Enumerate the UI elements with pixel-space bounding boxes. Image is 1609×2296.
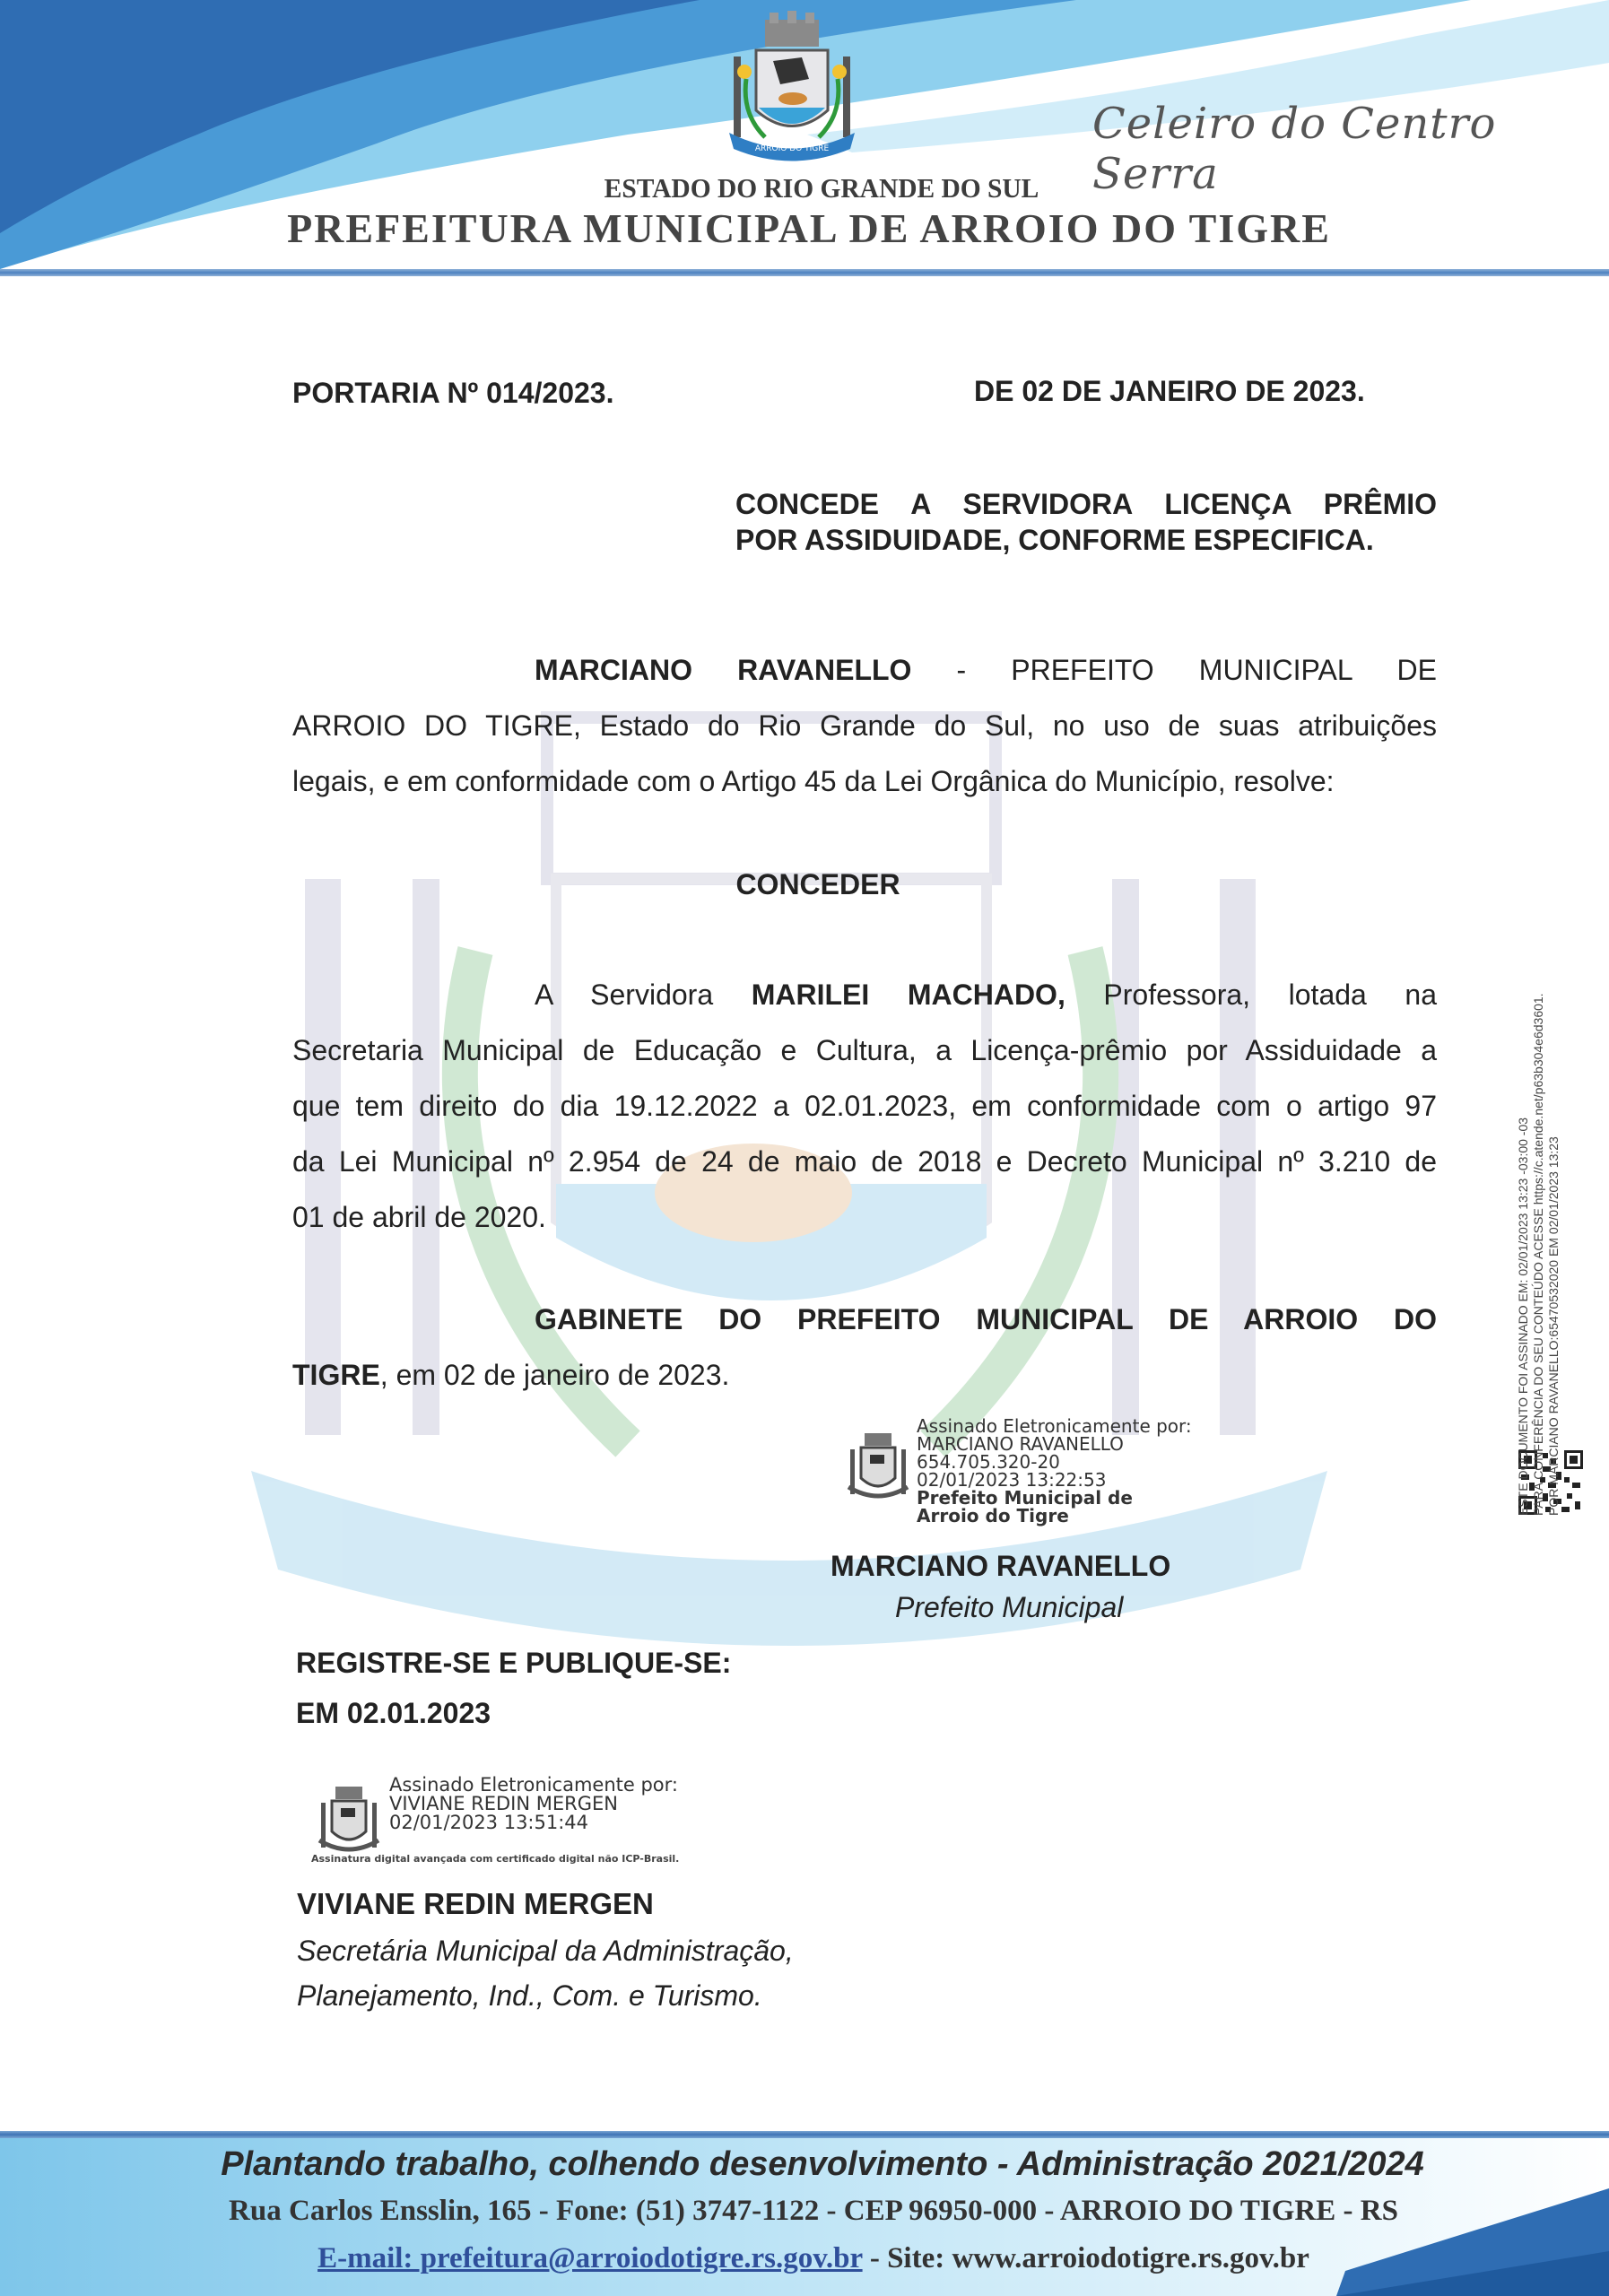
footer-address: Rua Carlos Ensslin, 165 - Fone: (51) 374… bbox=[0, 2195, 1609, 2228]
paragraph-line: Secretaria Municipal de Educação e Cultu… bbox=[292, 1022, 1437, 1078]
signer-name: VIVIANE REDIN MERGEN bbox=[297, 1887, 654, 1921]
stamp-role: Prefeito Municipal de bbox=[917, 1489, 1192, 1507]
verification-notice: ESTE DOCUMENTO FOI ASSINADO EM: 02/01/20… bbox=[1516, 960, 1587, 1516]
state-name: ESTADO DO RIO GRANDE DO SUL bbox=[40, 172, 1569, 204]
svg-text:ARROIO DO TIGRE: ARROIO DO TIGRE bbox=[755, 144, 830, 153]
signer-role: Secretária Municipal da Administração, P… bbox=[297, 1928, 794, 2018]
text: - PREFEITO MUNICIPAL DE bbox=[911, 654, 1437, 686]
stamp-role: Arroio do Tigre bbox=[917, 1507, 1192, 1525]
paragraph-line: legais, e em conformidade com o Artigo 4… bbox=[292, 753, 1437, 809]
signer-name: MARCIANO RAVANELLO bbox=[831, 1550, 1170, 1583]
paragraph-line: que tem direito do dia 19.12.2022 a 02.0… bbox=[292, 1078, 1437, 1134]
paragraph-line: 01 de abril de 2020. bbox=[292, 1189, 1437, 1245]
ementa-line: POR ASSIDUIDADE, CONFORME ESPECIFICA. bbox=[735, 522, 1437, 558]
seal-icon bbox=[845, 1431, 911, 1503]
paragraph-line: TIGRE, em 02 de janeiro de 2023. bbox=[292, 1347, 1437, 1403]
portaria-number: PORTARIA Nº 014/2023. bbox=[292, 377, 613, 410]
paragraph-line: A Servidora MARILEI MACHADO, Professora,… bbox=[292, 967, 1437, 1022]
electronic-signature-stamp: Assinado Eletronicamente por: MARCIANO R… bbox=[917, 1417, 1192, 1525]
footer-slogan: Plantando trabalho, colhendo desenvolvim… bbox=[0, 2145, 1609, 2184]
email-link[interactable]: E-mail: prefeitura@arroiodotigre.rs.gov.… bbox=[317, 2242, 863, 2274]
text: Professora, lotada na bbox=[1065, 978, 1437, 1011]
ementa: CONCEDE A SERVIDORA LICENÇA PRÊMIO POR A… bbox=[735, 486, 1437, 558]
closing-paragraph: GABINETE DO PREFEITO MUNICIPAL DE ARROIO… bbox=[292, 1291, 1437, 1403]
paragraph-line: MARCIANO RAVANELLO - PREFEITO MUNICIPAL … bbox=[292, 642, 1437, 698]
portaria-date: DE 02 DE JANEIRO DE 2023. bbox=[974, 375, 1365, 408]
stamp-datetime: 02/01/2023 13:51:44 bbox=[389, 1813, 678, 1832]
text: A Servidora bbox=[535, 978, 752, 1011]
verification-link[interactable]: PARA CONFERÊNCIA DO SEU CONTEÚDO ACESSE … bbox=[1531, 960, 1546, 1516]
registre-publique: REGISTRE-SE E PUBLIQUE-SE: EM 02.01.2023 bbox=[296, 1638, 731, 1738]
conceder-heading: CONCEDER bbox=[0, 868, 1609, 901]
verification-line: POR MARCIANO RAVANELLO:65470532020 EM 02… bbox=[1546, 960, 1561, 1516]
stamp-name: VIVIANE REDIN MERGEN bbox=[389, 1795, 678, 1813]
stamp-title: Assinado Eletronicamente por: bbox=[917, 1417, 1192, 1435]
registre-date: EM 02.01.2023 bbox=[296, 1688, 731, 1738]
seal-icon bbox=[316, 1785, 382, 1857]
municipal-coat-of-arms-logo: ARROIO DO TIGRE bbox=[716, 7, 868, 164]
text: , em 02 de janeiro de 2023. bbox=[380, 1359, 730, 1391]
servant-name: MARILEI MACHADO, bbox=[752, 978, 1065, 1011]
prefeitura-title: PREFEITURA MUNICIPAL DE ARROIO DO TIGRE bbox=[0, 204, 1609, 252]
registre-line: REGISTRE-SE E PUBLIQUE-SE: bbox=[296, 1638, 731, 1688]
signer-role: Prefeito Municipal bbox=[895, 1591, 1123, 1624]
paragraph-line: da Lei Municipal nº 2.954 de 24 de maio … bbox=[292, 1134, 1437, 1189]
ementa-line: CONCEDE A SERVIDORA LICENÇA PRÊMIO bbox=[735, 486, 1437, 522]
stamp-title: Assinado Eletronicamente por: bbox=[389, 1776, 678, 1795]
signature-certificate-note: Assinatura digital avançada com certific… bbox=[311, 1851, 724, 1866]
role-line: Secretária Municipal da Administração, bbox=[297, 1928, 794, 1973]
header-divider bbox=[0, 269, 1609, 276]
role-line: Planejamento, Ind., Com. e Turismo. bbox=[297, 1973, 794, 2018]
paragraph-line: ARROIO DO TIGRE, Estado do Rio Grande do… bbox=[292, 698, 1437, 753]
stamp-cpf: 654.705.320-20 bbox=[917, 1453, 1192, 1471]
stamp-name: MARCIANO RAVANELLO bbox=[917, 1435, 1192, 1453]
stamp-datetime: 02/01/2023 13:22:53 bbox=[917, 1471, 1192, 1489]
paragraph-line: GABINETE DO PREFEITO MUNICIPAL DE ARROIO… bbox=[292, 1291, 1437, 1347]
electronic-signature-stamp: Assinado Eletronicamente por: VIVIANE RE… bbox=[389, 1776, 678, 1832]
text: TIGRE bbox=[292, 1359, 380, 1391]
mayor-name: MARCIANO RAVANELLO bbox=[535, 654, 911, 686]
grant-paragraph: A Servidora MARILEI MACHADO, Professora,… bbox=[292, 967, 1437, 1245]
footer-divider bbox=[0, 2131, 1609, 2138]
verification-line: ESTE DOCUMENTO FOI ASSINADO EM: 02/01/20… bbox=[1516, 960, 1531, 1516]
site-text: - Site: www.arroiodotigre.rs.gov.br bbox=[863, 2242, 1309, 2274]
footer-contact: E-mail: prefeitura@arroiodotigre.rs.gov.… bbox=[0, 2242, 1609, 2275]
preamble-paragraph: MARCIANO RAVANELLO - PREFEITO MUNICIPAL … bbox=[292, 642, 1437, 809]
